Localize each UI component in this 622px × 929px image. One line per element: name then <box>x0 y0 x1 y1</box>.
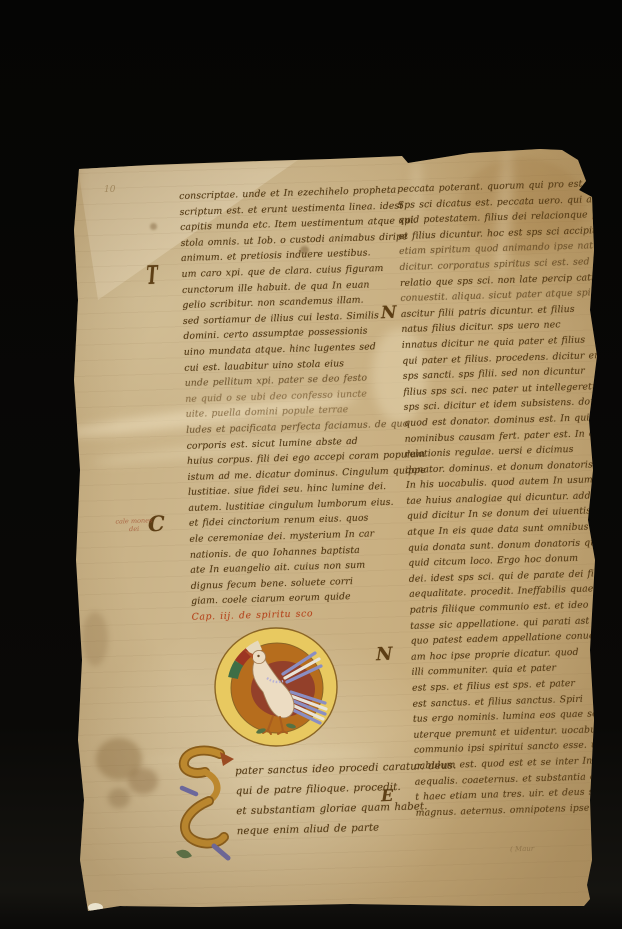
parchment-edge-speck <box>118 906 129 913</box>
parchment-edge-speck <box>88 903 103 912</box>
manuscript-parchment-leaf: 10 conscriptae. unde et In ezechihelo pr… <box>0 0 622 929</box>
photo-vignette <box>0 0 622 929</box>
photo-background: 10 conscriptae. unde et In ezechihelo pr… <box>0 0 622 929</box>
parchment-edge-speck <box>80 896 86 902</box>
